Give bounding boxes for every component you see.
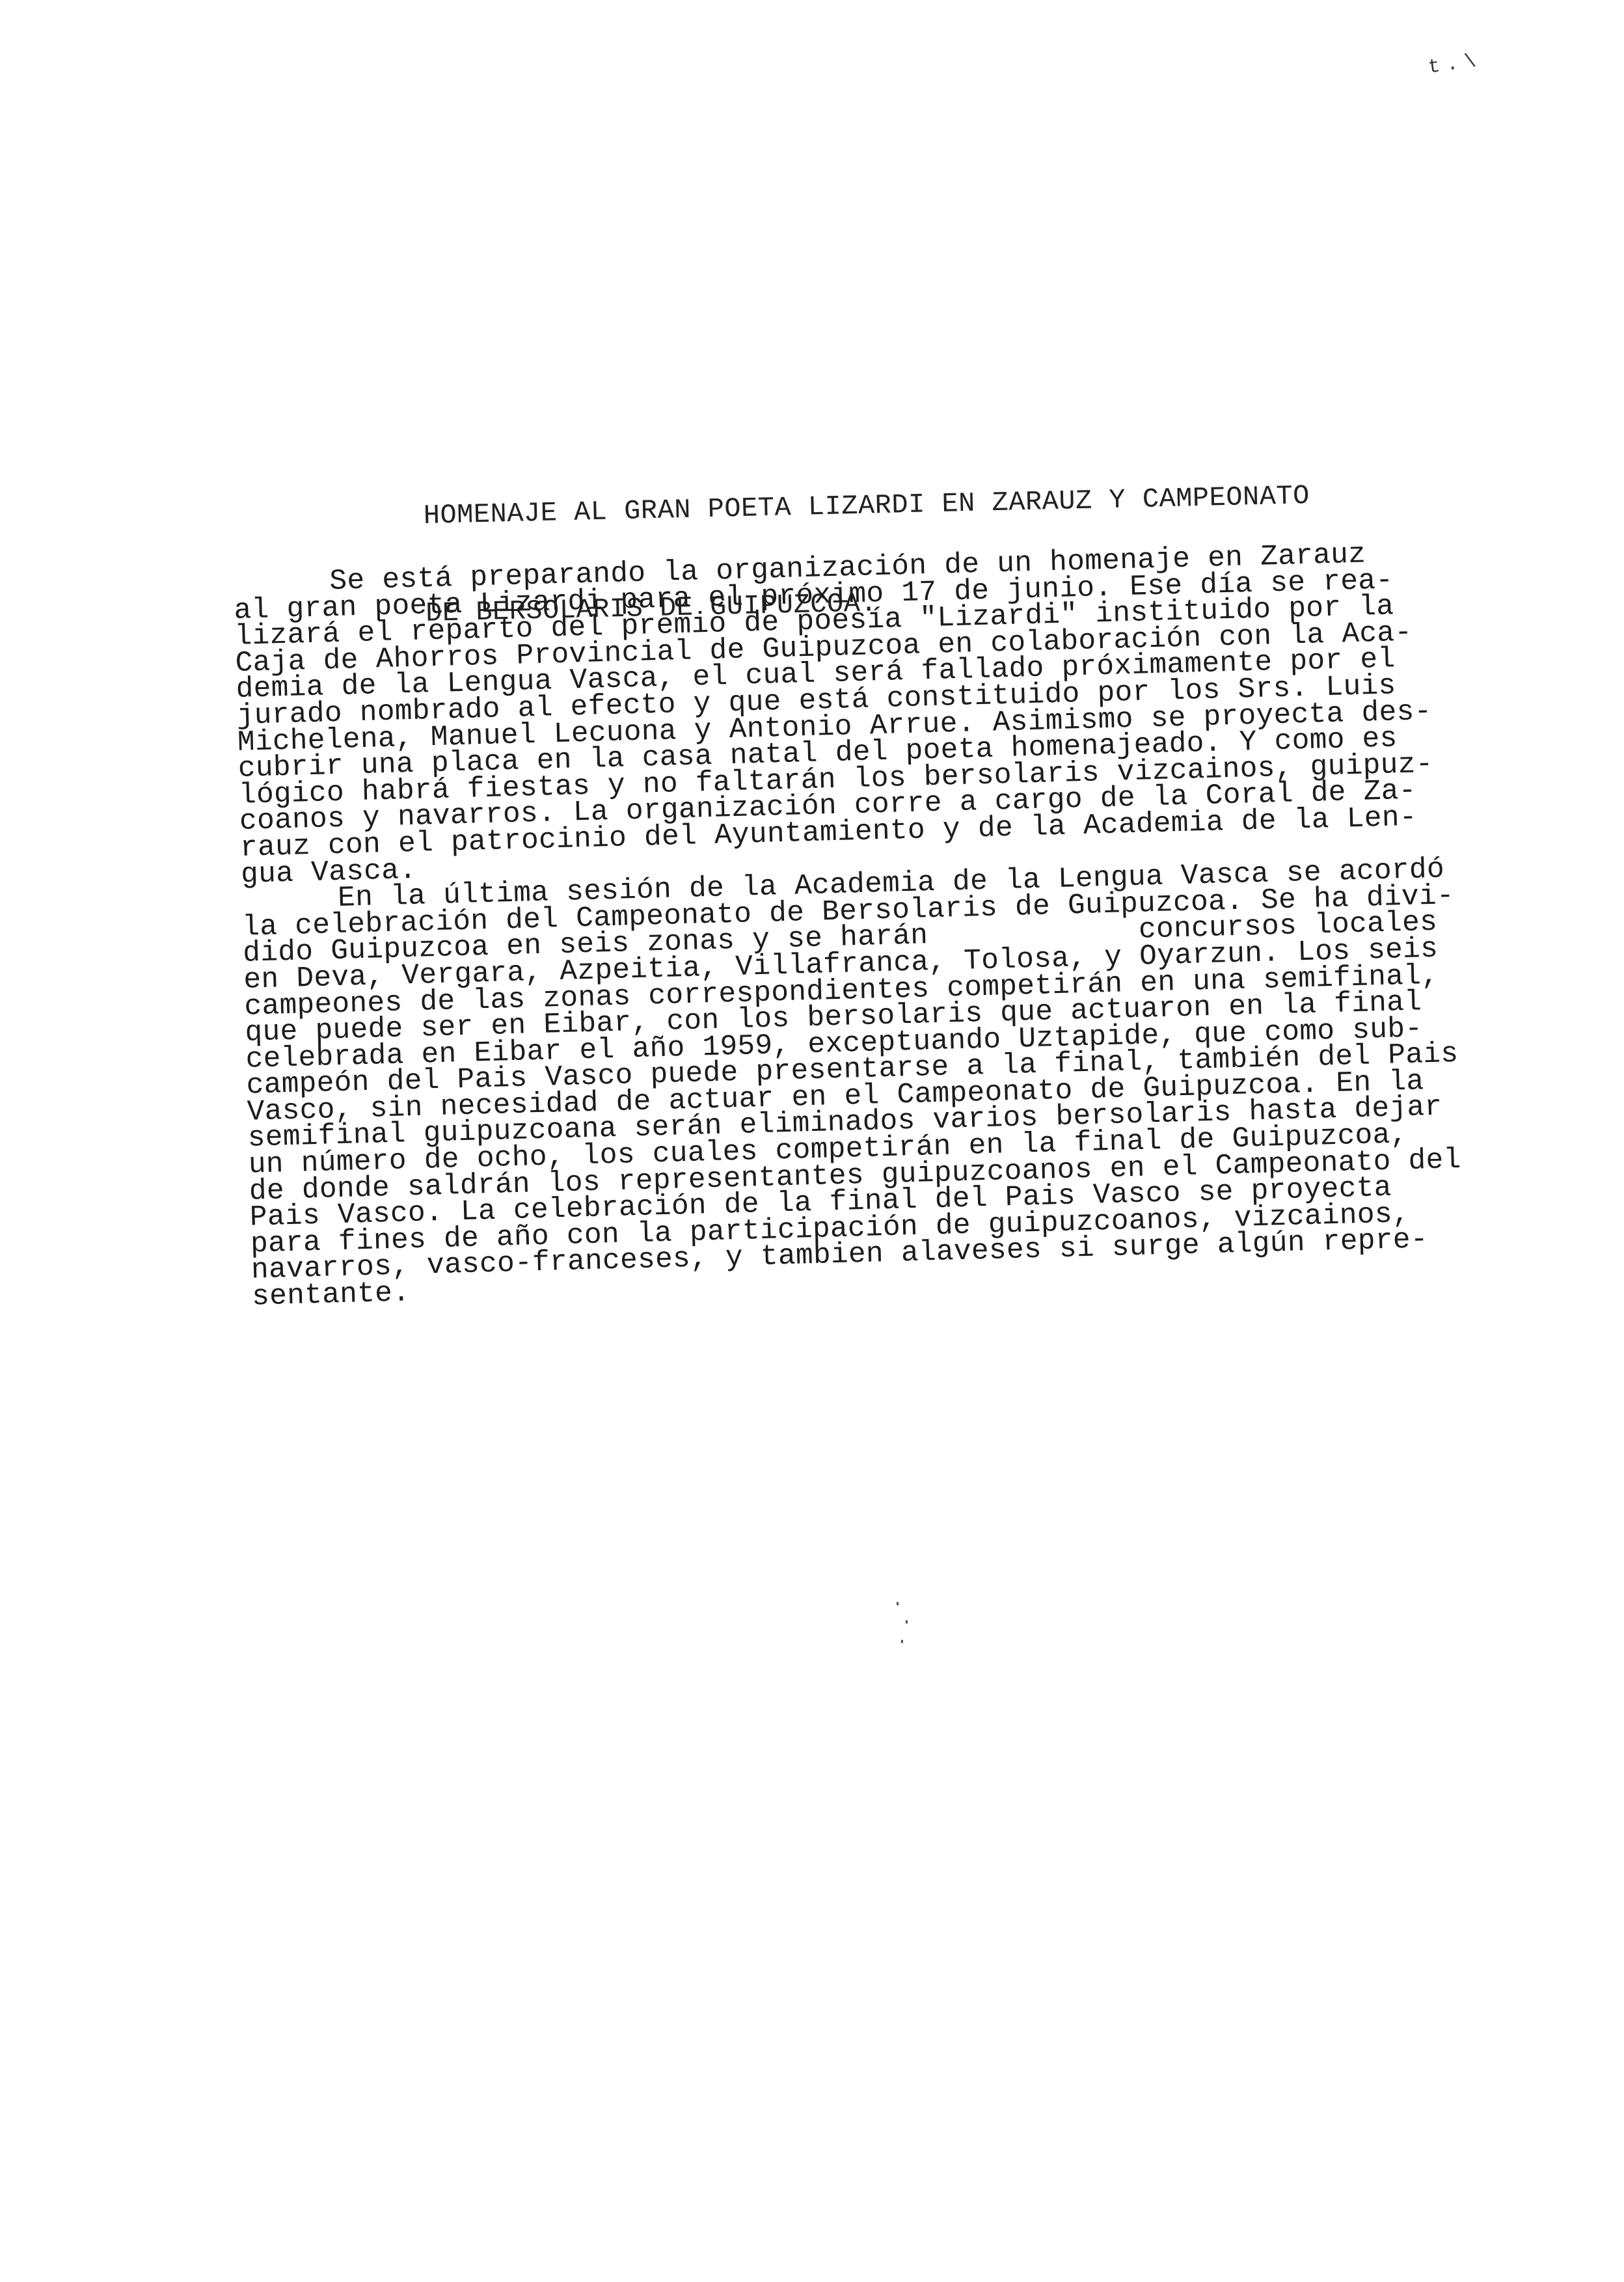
title-line-1: HOMENAJE AL GRAN POETA LIZARDI EN ZARAUZ… <box>423 474 1530 532</box>
corner-mark: t.\ <box>1427 49 1484 79</box>
document-body: Se está preparando la organización de un… <box>233 536 1618 1311</box>
document-page: t.\ HOMENAJE AL GRAN POETA LIZARDI EN ZA… <box>0 0 1624 2282</box>
scan-speck <box>897 1602 899 1605</box>
scan-speck <box>901 1640 903 1643</box>
scan-speck <box>906 1620 908 1623</box>
